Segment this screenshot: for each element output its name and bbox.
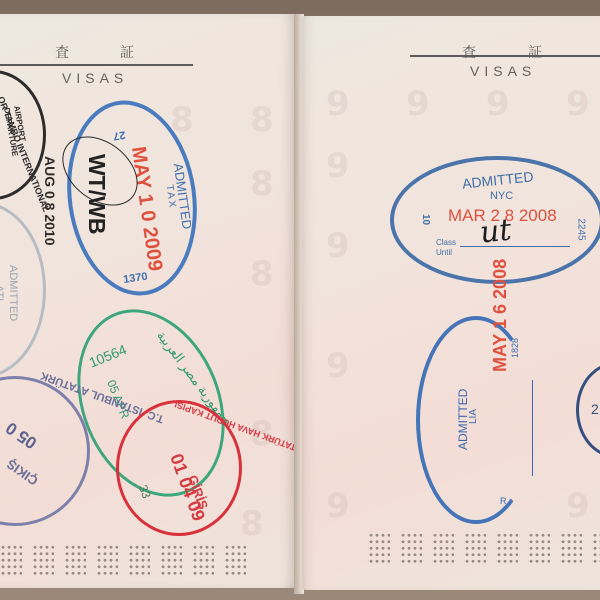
watermark-digit: 9	[406, 84, 430, 124]
page-header-jp-2: 証	[528, 42, 542, 62]
passport-photo: 査 証 VISAS 8 8 8 8 8 8 OR TAMBO INTERNATI…	[0, 0, 600, 600]
header-rule	[0, 64, 193, 66]
watermark-digit: 8	[250, 164, 274, 204]
handwriting-wt-wb: WT/WB	[83, 154, 110, 234]
handwriting-ut: ut	[478, 212, 513, 250]
watermark-digit: 9	[326, 346, 350, 386]
header-rule	[410, 55, 600, 57]
watermark-digit: 8	[250, 100, 274, 140]
stamp-partial-right: 2	[576, 362, 600, 458]
watermark-digit: 9	[326, 84, 350, 124]
watermark-digit: 9	[566, 84, 590, 124]
stamp-istanbul-cikis: T.C. İSTANBUL ATATÜRK ÇIKIŞ 05 0	[0, 376, 90, 526]
page-header-visas: VISAS	[470, 63, 536, 79]
page-header-jp-1: 査	[462, 42, 476, 62]
watermark-digit: 8	[250, 254, 274, 294]
page-header-visas: VISAS	[62, 70, 128, 86]
visa-page-right: 査 証 VISAS 9 9 9 9 9 9 9 9 9 ADMITTED NYC…	[302, 16, 600, 590]
page-header-jp-1: 査	[55, 42, 69, 62]
stamp-us-admitted-atl: ADMITTED ATL	[0, 202, 46, 378]
perforated-page-number	[0, 544, 246, 576]
page-header-jp-2: 証	[120, 42, 134, 62]
perforated-page-number	[368, 532, 600, 564]
visa-page-left: 査 証 VISAS 8 8 8 8 8 8 OR TAMBO INTERNATI…	[0, 14, 296, 588]
watermark-digit: 8	[240, 504, 264, 544]
stamp-us-admitted-may: MAY 1 6 2008 ADMITTED LIA 1828 R	[416, 316, 536, 524]
stamp-aug-date: AUG 0 8 2010	[42, 156, 58, 246]
watermark-digit: 9	[326, 486, 350, 526]
stamp-tampa-departure: OR TAMBO INTERNATIONAL AIRPORT DEPARTURE	[0, 70, 46, 200]
watermark-digit: 9	[486, 84, 510, 124]
stamp-istanbul-giris: T.C. İSTANBUL ATATÜRK HAVA HUDUT KAPISI …	[116, 400, 242, 536]
watermark-digit: 9	[326, 146, 350, 186]
watermark-digit: 9	[566, 486, 590, 526]
watermark-digit: 9	[326, 226, 350, 266]
